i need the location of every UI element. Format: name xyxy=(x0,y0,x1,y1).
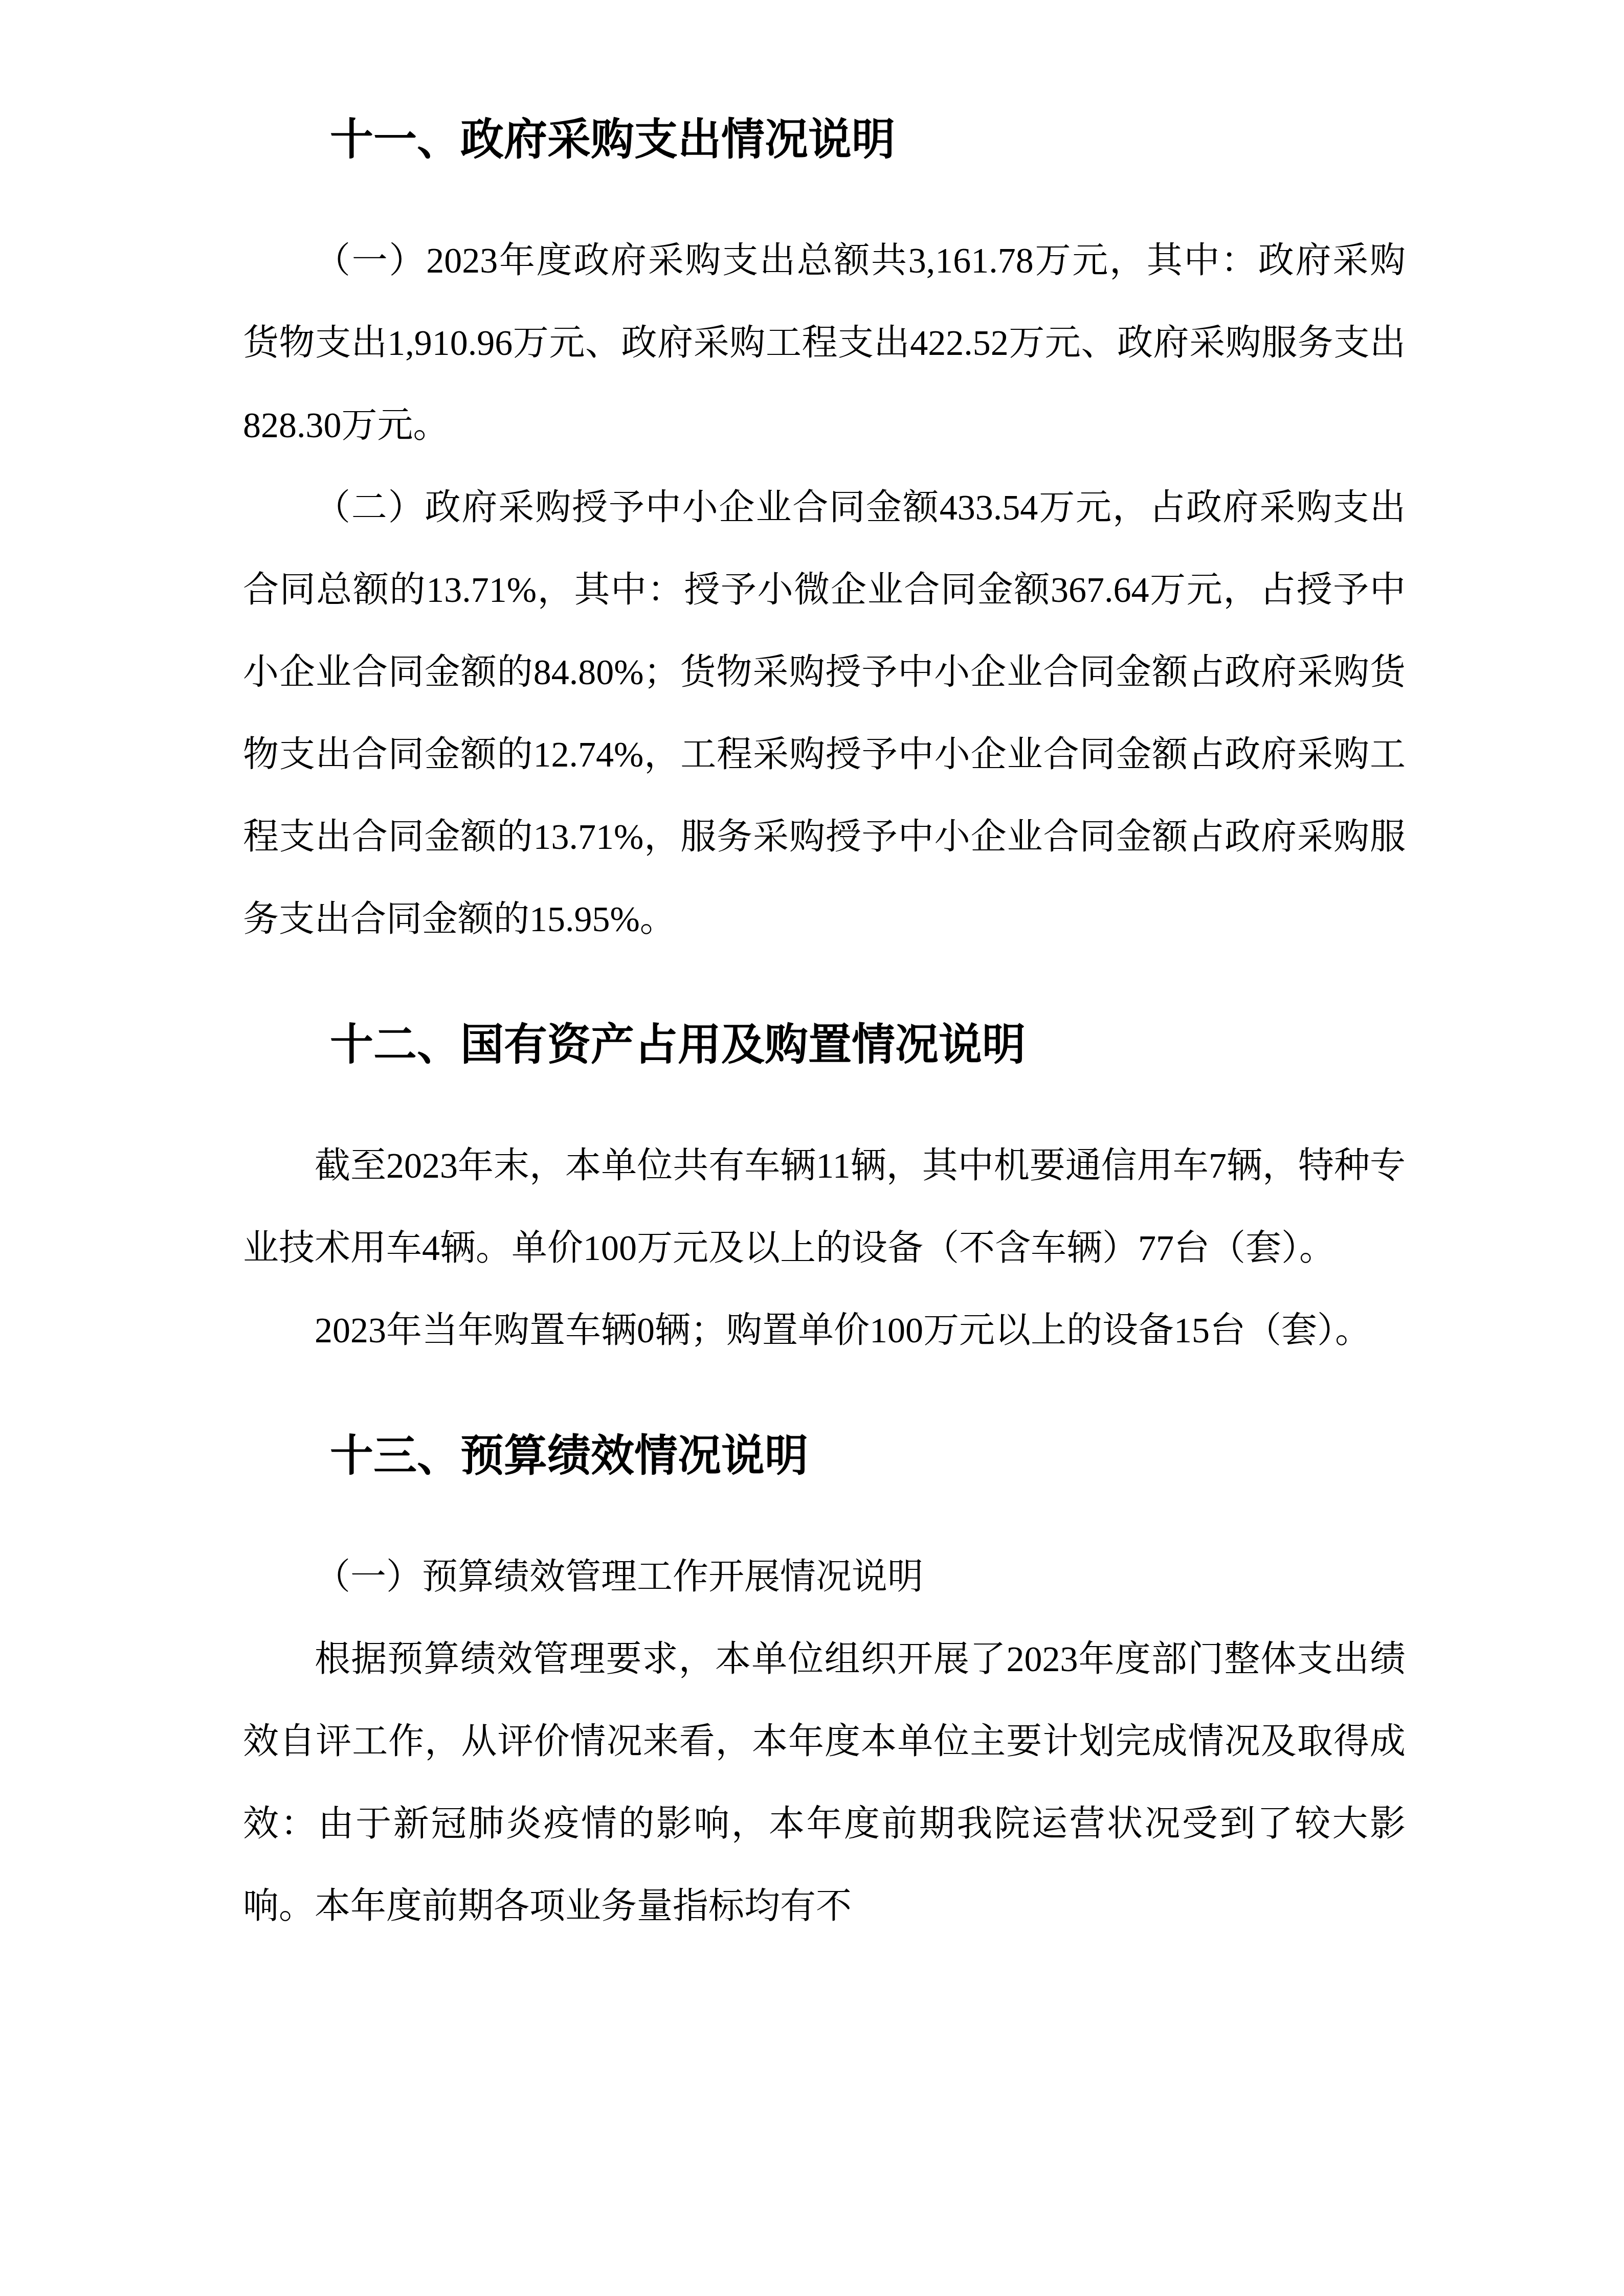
procurement-total-paragraph: （一）2023年度政府采购支出总额共3,161.78万元，其中：政府采购货物支出… xyxy=(243,220,1406,467)
assets-purchases-paragraph: 2023年当年购置车辆0辆；购置单价100万元以上的设备15台（套）。 xyxy=(243,1290,1406,1372)
assets-vehicles-paragraph: 截至2023年末，本单位共有车辆11辆，其中机要通信用车7辆，特种专业技术用车4… xyxy=(243,1125,1406,1290)
document-page: 十一、政府采购支出情况说明 （一）2023年度政府采购支出总额共3,161.78… xyxy=(0,0,1624,2296)
section-budget-performance: 十三、预算绩效情况说明 （一）预算绩效管理工作开展情况说明 根据预算绩效管理要求… xyxy=(243,1415,1406,1948)
section-state-owned-assets-heading: 十二、国有资产占用及购置情况说明 xyxy=(243,1004,1406,1086)
procurement-sme-paragraph: （二）政府采购授予中小企业合同金额433.54万元，占政府采购支出合同总额的13… xyxy=(243,467,1406,961)
section-government-procurement-heading: 十一、政府采购支出情况说明 xyxy=(243,99,1406,181)
section-state-owned-assets: 十二、国有资产占用及购置情况说明 截至2023年末，本单位共有车辆11辆，其中机… xyxy=(243,1004,1406,1372)
budget-performance-paragraph: 根据预算绩效管理要求，本单位组织开展了2023年度部门整体支出绩效自评工作，从评… xyxy=(243,1618,1406,1948)
budget-performance-subheading: （一）预算绩效管理工作开展情况说明 xyxy=(243,1536,1406,1618)
section-budget-performance-heading: 十三、预算绩效情况说明 xyxy=(243,1415,1406,1497)
section-government-procurement: 十一、政府采购支出情况说明 （一）2023年度政府采购支出总额共3,161.78… xyxy=(243,99,1406,961)
